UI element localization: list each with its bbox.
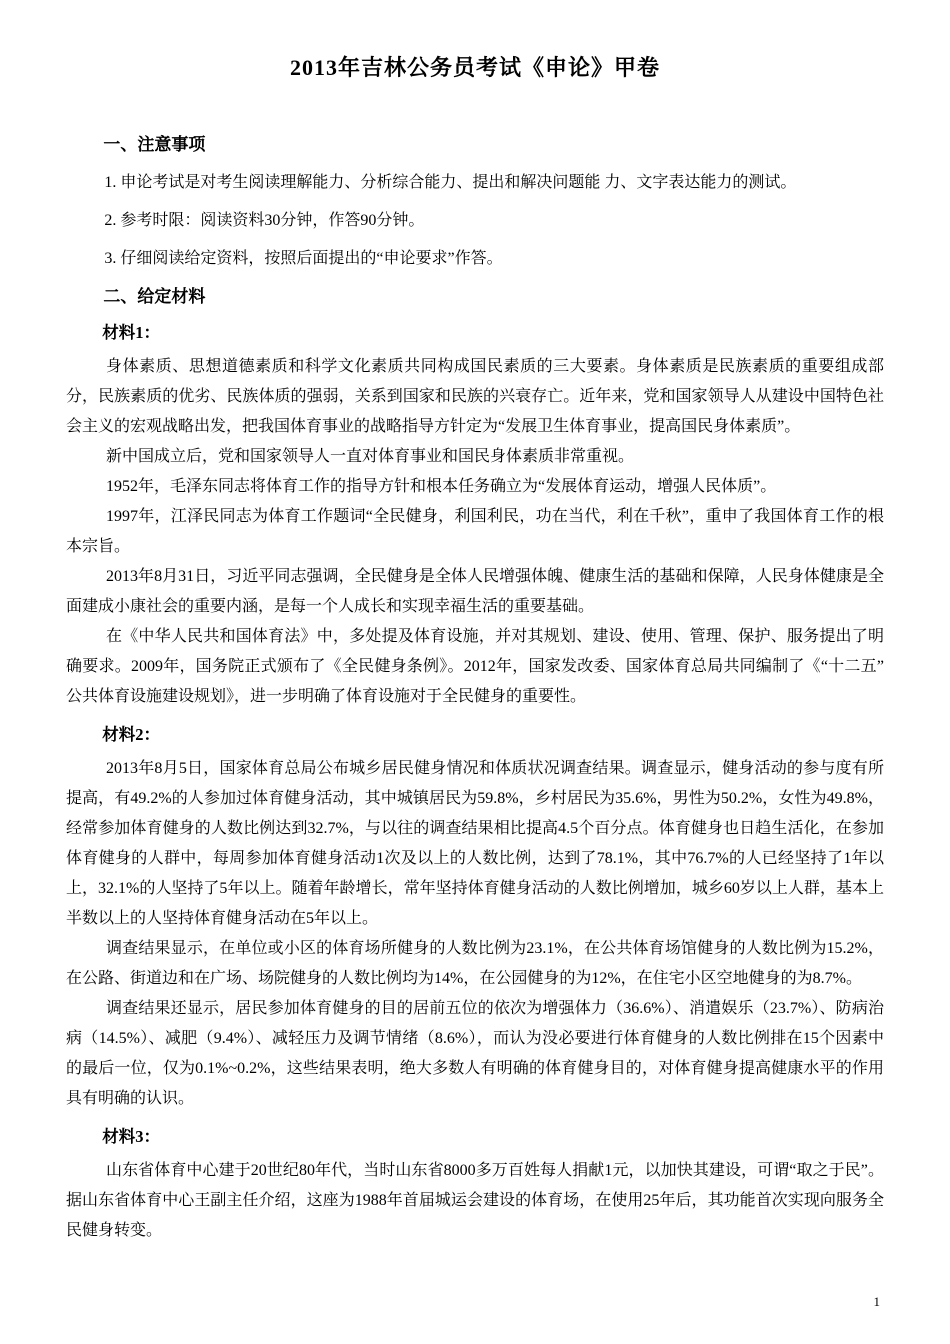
material-paragraph: 身体素质、思想道德素质和科学文化素质共同构成国民素质的三大要素。身体素质是民族素… [66, 352, 884, 442]
material-paragraph: 1997年，江泽民同志为体育工作题词“全民健身，利国利民，功在当代，利在千秋”，… [66, 502, 884, 562]
material-3-body: 山东省体育中心建于20世纪80年代，当时山东省8000多万百姓每人捐献1元，以加… [66, 1156, 884, 1246]
material-3: 材料3： 山东省体育中心建于20世纪80年代，当时山东省8000多万百姓每人捐献… [66, 1124, 884, 1246]
material-paragraph: 在《中华人民共和国体育法》中，多处提及体育设施，并对其规划、建设、使用、管理、保… [66, 622, 884, 712]
document-title: 2013年吉林公务员考试《申论》甲卷 [66, 50, 884, 86]
material-paragraph: 新中国成立后，党和国家领导人一直对体育事业和国民身体素质非常重视。 [66, 442, 884, 472]
material-1-body: 身体素质、思想道德素质和科学文化素质共同构成国民素质的三大要素。身体素质是民族素… [66, 352, 884, 712]
document-page: 2013年吉林公务员考试《申论》甲卷 一、注意事项 1. 申论考试是对考生阅读理… [0, 0, 950, 1344]
material-paragraph: 2013年8月31日，习近平同志强调，全民健身是全体人民增强体魄、健康生活的基础… [66, 562, 884, 622]
material-3-label: 材料3： [102, 1124, 884, 1150]
material-2-body: 2013年8月5日，国家体育总局公布城乡居民健身情况和体质状况调查结果。调查显示… [66, 754, 884, 1114]
materials-section: 二、给定材料 材料1： 身体素质、思想道德素质和科学文化素质共同构成国民素质的三… [66, 284, 884, 1246]
notice-section: 一、注意事项 1. 申论考试是对考生阅读理解能力、分析综合能力、提出和解决问题能… [66, 132, 884, 272]
material-2-label: 材料2： [102, 722, 884, 748]
notice-item-3: 3. 仔细阅读给定资料，按照后面提出的“申论要求”作答。 [66, 246, 884, 272]
notice-item-2: 2. 参考时限：阅读资料30分钟，作答90分钟。 [66, 208, 884, 234]
material-paragraph: 1952年，毛泽东同志将体育工作的指导方针和根本任务确立为“发展体育运动，增强人… [66, 472, 884, 502]
material-2: 材料2： 2013年8月5日，国家体育总局公布城乡居民健身情况和体质状况调查结果… [66, 722, 884, 1114]
notice-item-1: 1. 申论考试是对考生阅读理解能力、分析综合能力、提出和解决问题能 力、文字表达… [66, 170, 884, 196]
material-paragraph: 2013年8月5日，国家体育总局公布城乡居民健身情况和体质状况调查结果。调查显示… [66, 754, 884, 934]
page-number: 1 [874, 1294, 881, 1310]
notice-heading: 一、注意事项 [103, 132, 884, 158]
material-paragraph: 调查结果还显示，居民参加体育健身的目的居前五位的依次为增强体力（36.6%）、消… [66, 994, 884, 1114]
material-paragraph: 山东省体育中心建于20世纪80年代，当时山东省8000多万百姓每人捐献1元，以加… [66, 1156, 884, 1246]
materials-heading: 二、给定材料 [103, 284, 884, 310]
material-1-label: 材料1： [102, 320, 884, 346]
material-1: 材料1： 身体素质、思想道德素质和科学文化素质共同构成国民素质的三大要素。身体素… [66, 320, 884, 712]
material-paragraph: 调查结果显示，在单位或小区的体育场所健身的人数比例为23.1%，在公共体育场馆健… [66, 934, 884, 994]
